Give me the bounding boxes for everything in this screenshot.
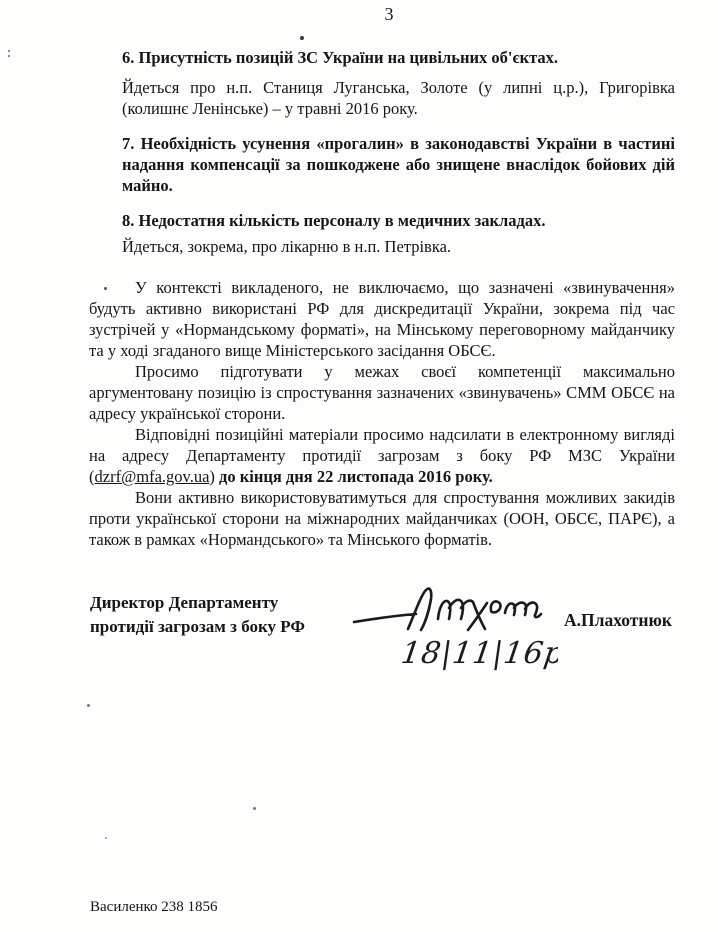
page-number: 3 bbox=[354, 4, 424, 25]
paragraph-context: У контексті викладеного, не виключаємо, … bbox=[89, 277, 675, 361]
signature-stroke bbox=[354, 589, 541, 630]
signatory-title-line2: протидії загрозам з боку РФ bbox=[90, 615, 305, 639]
signatory-title: Директор Департаменту протидії загрозам … bbox=[90, 591, 305, 639]
scanned-document-page: 3 6. Присутність позицій ЗС України на ц… bbox=[0, 0, 718, 932]
handwritten-date: 18|11|16р. bbox=[399, 636, 558, 671]
scan-artifact bbox=[253, 807, 256, 810]
scan-artifact bbox=[8, 50, 10, 52]
handwritten-signature: 18|11|16р. bbox=[348, 577, 558, 675]
submission-deadline: до кінця дня 22 листопада 2016 року. bbox=[219, 467, 493, 486]
signatory-title-line1: Директор Департаменту bbox=[90, 591, 305, 615]
paragraph-request: Просимо підготувати у межах своєї компет… bbox=[89, 361, 675, 424]
footer-reference: Василенко 238 1856 bbox=[90, 899, 218, 916]
paragraph-usage: Вони активно використовуватимуться для с… bbox=[89, 487, 675, 550]
item-8-body: Йдеться, зокрема, про лікарню в н.п. Пет… bbox=[122, 236, 675, 257]
item-6-heading: 6. Присутність позицій ЗС України на цив… bbox=[122, 47, 675, 68]
scan-artifact bbox=[105, 837, 107, 839]
scan-artifact bbox=[87, 704, 90, 707]
item-7-heading: 7. Необхідність усунення «прогалин» в за… bbox=[122, 133, 675, 196]
email-link[interactable]: dzrf@mfa.gov.ua bbox=[95, 467, 210, 486]
item-6-body: Йдеться про н.п. Станиця Луганська, Золо… bbox=[122, 77, 675, 119]
numbered-items-section: 6. Присутність позицій ЗС України на цив… bbox=[122, 47, 675, 257]
signatory-name: А.Плахотнюк bbox=[564, 610, 672, 631]
item-8-heading: 8. Недостатня кількість персоналу в меди… bbox=[122, 210, 675, 231]
body-paragraphs-section: У контексті викладеного, не виключаємо, … bbox=[89, 277, 675, 550]
scan-artifact bbox=[300, 36, 304, 40]
submission-text-after: ) bbox=[209, 467, 219, 486]
paragraph-submission: Відповідні позиційні матеріали просимо н… bbox=[89, 424, 675, 487]
